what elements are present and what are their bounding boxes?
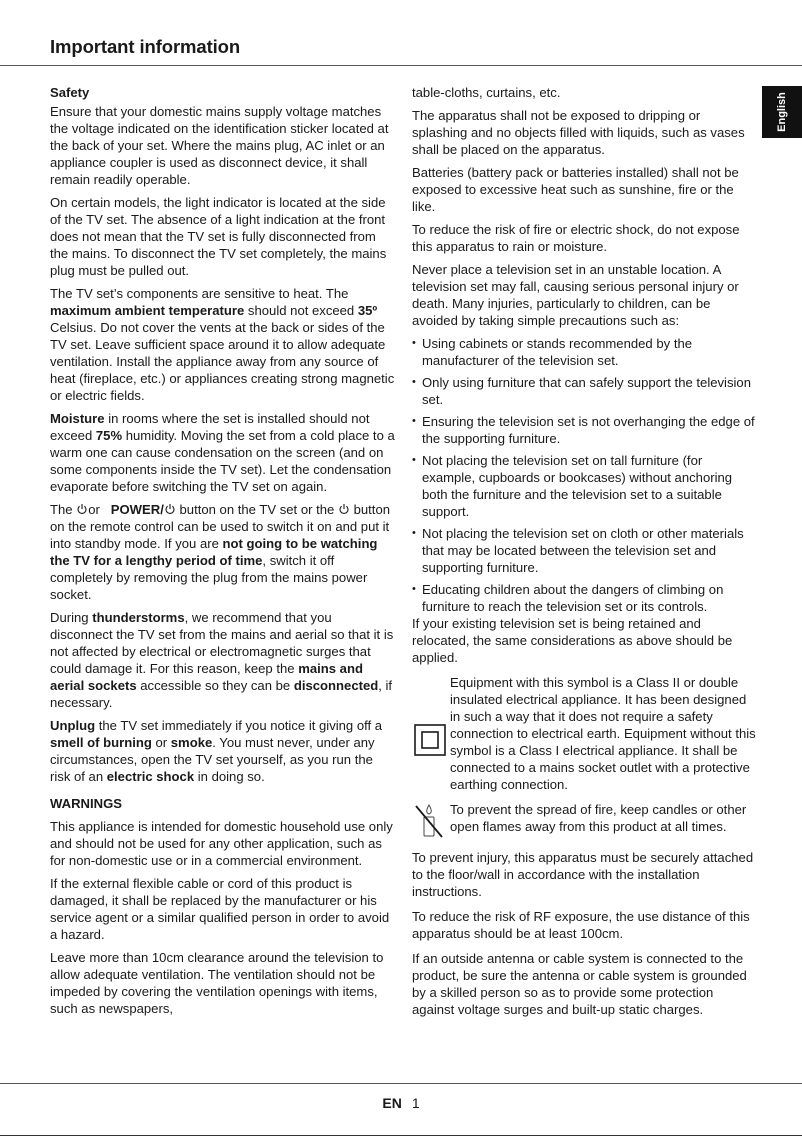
paragraph-cable-damage: If the external flexible cable or cord o… [50,875,395,943]
footer-language-code: EN [382,1095,401,1111]
power-icon [164,503,176,515]
no-candles-icon [414,803,444,839]
warnings-heading: WARNINGS [50,795,395,812]
paragraph-domestic-use: This appliance is intended for domestic … [50,818,395,869]
paragraph-heat: The TV set’s components are sensitive to… [50,285,395,404]
list-item: Educating children about the dangers of … [412,581,757,615]
paragraph-dripping: The apparatus shall not be exposed to dr… [412,107,757,158]
precautions-list: Using cabinets or stands recommended by … [412,335,757,615]
page-title: Important information [50,36,240,58]
left-column: Safety Ensure that your domestic mains s… [50,84,395,1023]
language-tab-label: English [776,92,788,132]
paragraph-continuation: table-cloths, curtains, etc. [412,84,757,101]
paragraph-batteries: Batteries (battery pack or batteries ins… [412,164,757,215]
list-item: Not placing the television set on tall f… [412,452,757,520]
page-number: 1 [412,1095,420,1111]
paragraph-unstable-location: Never place a television set in an unsta… [412,261,757,329]
power-icon [76,503,88,515]
paragraph-clearance: Leave more than 10cm clearance around th… [50,949,395,1017]
paragraph-rain: To reduce the risk of fire or electric s… [412,221,757,255]
class-ii-double-insulation-icon [414,724,446,756]
title-divider [0,65,802,66]
paragraph-rf-exposure: To reduce the risk of RF exposure, the u… [412,908,757,942]
list-item: Only using furniture that can safely sup… [412,374,757,408]
power-icon [338,503,350,515]
page-bottom-border [0,1135,802,1136]
page-footer: EN1 [0,1095,802,1111]
paragraph-relocated: If your existing television set is being… [412,615,757,666]
language-tab: English [762,86,802,138]
candle-text: To prevent the spread of fire, keep cand… [450,802,746,834]
paragraph-moisture: Moisture in rooms where the set is insta… [50,410,395,495]
paragraph-light-indicator: On certain models, the light indicator i… [50,194,395,279]
list-item: Ensuring the television set is not overh… [412,413,757,447]
class-ii-notice: Equipment with this symbol is a Class II… [412,674,757,793]
paragraph-voltage: Ensure that your domestic mains supply v… [50,103,395,188]
list-item: Not placing the television set on cloth … [412,525,757,576]
candle-notice: To prevent the spread of fire, keep cand… [412,801,757,835]
right-column: table-cloths, curtains, etc. The apparat… [412,84,757,1024]
paragraph-unplug: Unplug the TV set immediately if you not… [50,717,395,785]
paragraph-antenna-grounding: If an outside antenna or cable system is… [412,950,757,1018]
paragraph-thunderstorms: During thunderstorms, we recommend that … [50,609,395,711]
paragraph-power-button: The or POWER/ button on the TV set or th… [50,501,395,603]
paragraph-secure-attach: To prevent injury, this apparatus must b… [412,849,757,900]
footer-divider [0,1083,802,1084]
list-item: Using cabinets or stands recommended by … [412,335,757,369]
class-ii-text: Equipment with this symbol is a Class II… [450,675,756,792]
safety-heading: Safety [50,84,395,101]
